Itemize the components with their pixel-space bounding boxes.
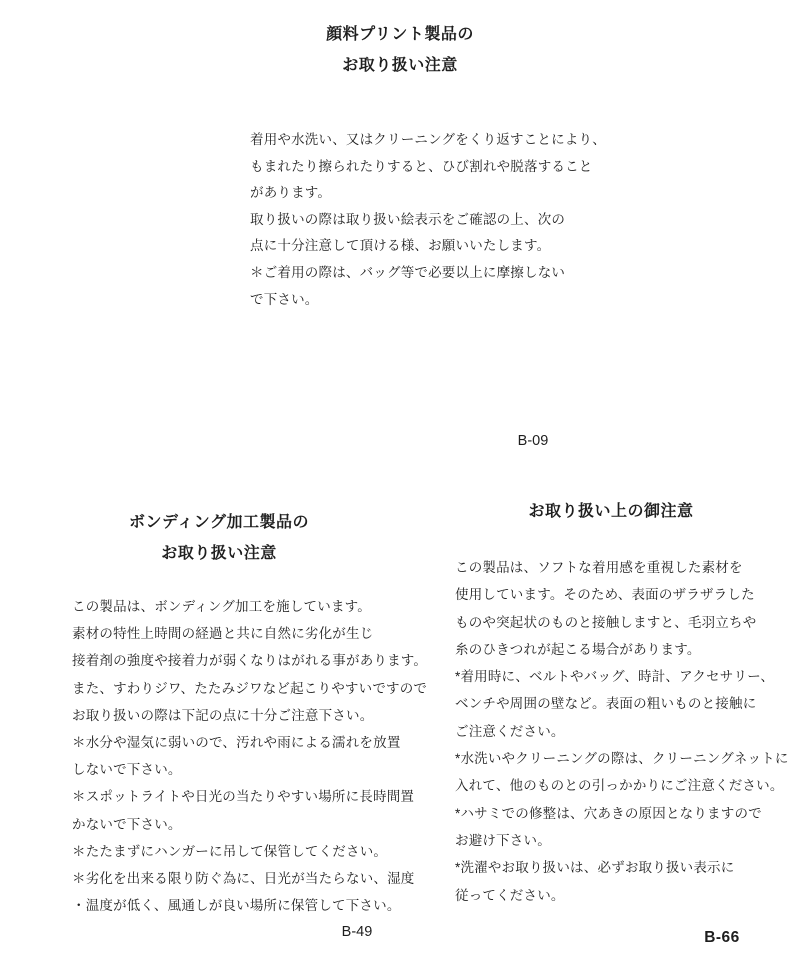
text-line: また、すわりジワ、たたみジワなど起こりやすいですので [72,675,424,702]
text-line: ベンチや周囲の壁など。表面の粗いものと接触に [455,690,795,717]
text-line: 糸のひきつれが起こる場合があります。 [455,636,795,663]
text-line: 点に十分注意して頂ける様、お願いいたします。 [250,233,590,260]
text-line: ＊たたまずにハンガーに吊して保管してください。 [72,838,424,865]
text-line: しないで下さい。 [72,756,424,783]
text-line: で下さい。 [250,287,590,314]
text-line: かないで下さい。 [72,811,424,838]
pigment-title-line2: お取り扱い注意 [0,50,800,81]
pigment-title-line1: 顔料プリント製品の [0,19,800,50]
text-line: ＊水分や湿気に弱いので、汚れや雨による濡れを放置 [72,729,424,756]
text-line: ものや突起状のものと接触しますと、毛羽立ちや [455,609,795,636]
text-line: があります。 [250,180,590,207]
text-line: この製品は、ソフトな着用感を重視した素材を [455,554,795,581]
text-line: もまれたり擦られたりすると、ひび割れや脱落すること [250,154,590,181]
pigment-section-body: 着用や水洗い、又はクリーニングをくり返すことにより、 もまれたり擦られたりすると… [250,127,590,313]
bonding-section-body: この製品は、ボンディング加工を施しています。 素材の特性上時間の経過と共に自然に… [72,593,424,919]
handling-section-body: この製品は、ソフトな着用感を重視した素材を 使用しています。そのため、表面のザラ… [455,554,795,909]
text-line: 接着剤の強度や接着力が弱くなりはがれる事があります。 [72,647,424,674]
text-line: 使用しています。そのため、表面のザラザラした [455,581,795,608]
care-instructions-page: 顔料プリント製品の お取り扱い注意 着用や水洗い、又はクリーニングをくり返すこと… [0,0,800,960]
text-line: 入れて、他のものとの引っかかりにご注意ください。 [455,772,795,799]
text-line: ご注意ください。 [455,718,795,745]
text-line: 従ってください。 [455,882,795,909]
text-line: *洗濯やお取り扱いは、必ずお取り扱い表示に [455,854,795,881]
bonding-title-line1: ボンディング加工製品の [73,507,365,538]
pigment-section-code: B-09 [483,433,583,449]
text-line: ・温度が低く、風通しが良い場所に保管して下さい。 [72,892,424,919]
text-line: 取り扱いの際は取り扱い絵表示をご確認の上、次の [250,207,590,234]
text-line: ＊スポットライトや日光の当たりやすい場所に長時間置 [72,783,424,810]
text-line: *水洗いやクリーニングの際は、クリーニングネットに [455,745,795,772]
text-line: 着用や水洗い、又はクリーニングをくり返すことにより、 [250,127,590,154]
text-line: ＊ご着用の際は、バッグ等で必要以上に摩擦しない [250,260,590,287]
text-line: *着用時に、ベルトやバッグ、時計、アクセサリー、 [455,663,795,690]
pigment-section-title: 顔料プリント製品の お取り扱い注意 [0,19,800,81]
text-line: お避け下さい。 [455,827,795,854]
text-line: *ハサミでの修整は、穴あきの原因となりますので [455,800,795,827]
handling-section-title: お取り扱い上の御注意 [450,496,772,527]
text-line: ＊劣化を出来る限り防ぐ為に、日光が当たらない、湿度 [72,865,424,892]
handling-section-code: B-66 [672,929,772,947]
bonding-section-title: ボンディング加工製品の お取り扱い注意 [73,507,365,569]
bonding-section-code: B-49 [307,924,407,940]
text-line: 素材の特性上時間の経過と共に自然に劣化が生じ [72,620,424,647]
text-line: この製品は、ボンディング加工を施しています。 [72,593,424,620]
bonding-title-line2: お取り扱い注意 [73,538,365,569]
text-line: お取り扱いの際は下記の点に十分ご注意下さい。 [72,702,424,729]
